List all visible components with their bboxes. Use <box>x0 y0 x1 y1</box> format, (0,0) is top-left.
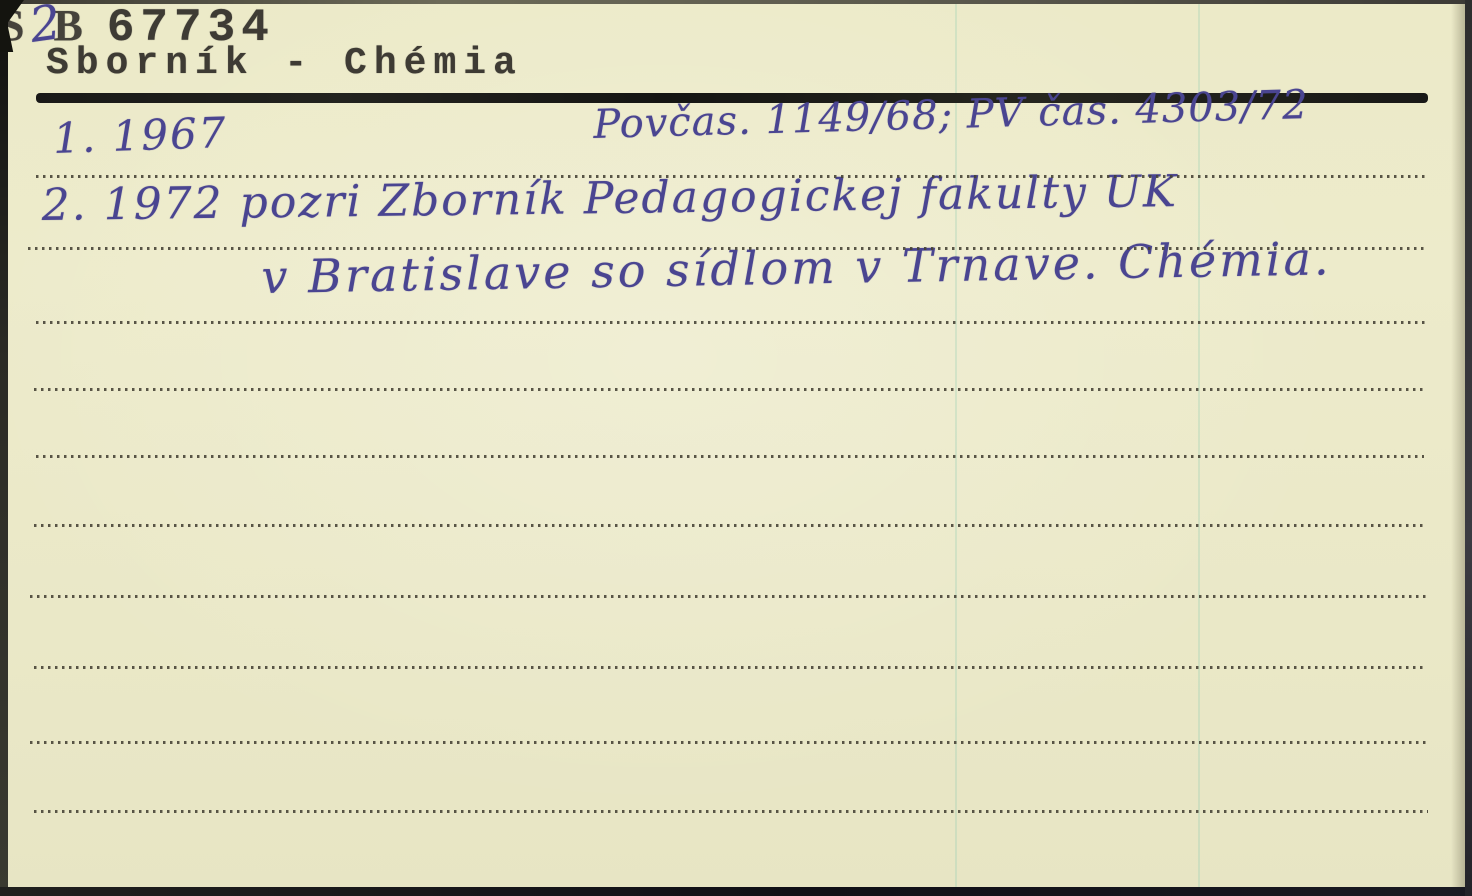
ruled-line <box>34 524 1426 527</box>
paper-crease-line <box>1198 4 1200 887</box>
entry-2-line-2: v Bratislave so sídlom v Trnave. Chémia. <box>261 231 1332 304</box>
ruled-line <box>36 455 1424 458</box>
ruled-line <box>36 321 1426 324</box>
entry-1-year: 1. 1967 <box>52 108 228 163</box>
ruled-line <box>30 595 1426 598</box>
ruled-line <box>36 175 1426 178</box>
card-right-edge-shadow <box>1451 0 1465 896</box>
ruled-line <box>28 247 1428 250</box>
ruled-line <box>34 666 1426 669</box>
ruled-line <box>34 388 1424 391</box>
catalog-card-scan: 2 Sborník - Chémia S B67734 1. 1967 Povč… <box>0 0 1472 896</box>
entry-1-reference: Povčas. 1149/68; PV čas. 4303/72 <box>593 82 1309 148</box>
ruled-line <box>30 741 1428 744</box>
scan-edge-bottom <box>0 887 1472 896</box>
card-title: Sborník - Chémia <box>46 42 523 85</box>
ruled-line <box>34 810 1428 813</box>
scan-edge-top <box>0 0 1472 4</box>
scan-edge-left <box>0 0 8 896</box>
scan-edge-right <box>1465 0 1472 896</box>
